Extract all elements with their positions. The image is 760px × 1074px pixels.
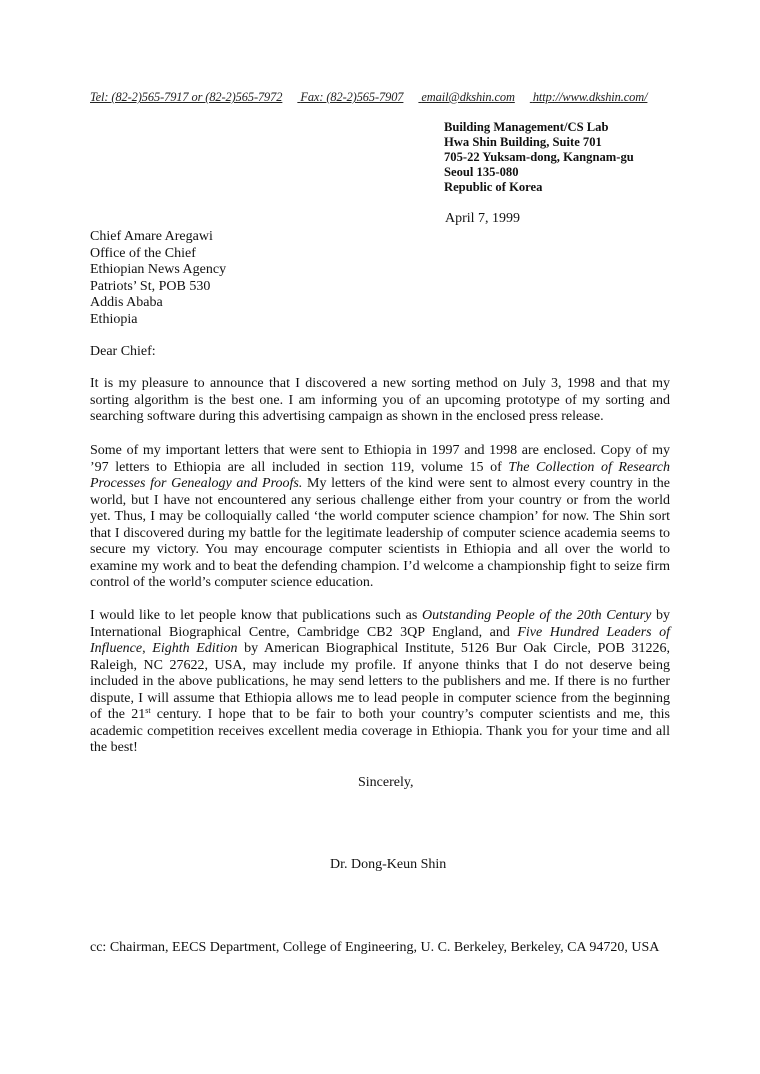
salutation: Dear Chief: — [90, 344, 156, 360]
recipient-address-line: Patriots’ St, POB 530 — [90, 279, 226, 296]
sender-address-line: Hwa Shin Building, Suite 701 — [444, 135, 634, 150]
recipient-address-line: Ethiopia — [90, 312, 226, 329]
letterhead-email[interactable]: email@dkshin.com — [421, 90, 514, 104]
sender-address-line: Seoul 135-080 — [444, 165, 634, 180]
recipient-address-line: Chief Amare Aregawi — [90, 229, 226, 246]
recipient-address: Chief Amare Aregawi Office of the Chief … — [90, 229, 226, 329]
letterhead-fax: Fax: (82-2)565-7907 — [300, 90, 403, 104]
p3-text-d: century. I hope that to be fair to both … — [90, 707, 670, 755]
recipient-address-line: Office of the Chief — [90, 246, 226, 263]
letterhead-contact-line: Tel: (82-2)565-7917 or (82-2)565-7972 Fa… — [90, 90, 662, 105]
letterhead-website[interactable]: http://www.dkshin.com/ — [533, 90, 648, 104]
body-paragraph-1: It is my pleasure to announce that I dis… — [90, 376, 670, 426]
closing: Sincerely, — [358, 775, 413, 791]
sender-address-line: Republic of Korea — [444, 180, 634, 195]
letter-date: April 7, 1999 — [445, 211, 520, 227]
p3-publication-title-1: Outstanding People of the 20th Century — [422, 608, 651, 623]
cc-line: cc: Chairman, EECS Department, College o… — [90, 940, 659, 956]
p2-text-b: My letters of the kind were sent to almo… — [90, 476, 670, 590]
p3-text-a: I would like to let people know that pub… — [90, 608, 422, 623]
sender-address-line: Building Management/CS Lab — [444, 120, 634, 135]
sender-address: Building Management/CS Lab Hwa Shin Buil… — [444, 120, 634, 195]
p3-publication-edition: Eighth Edition — [152, 641, 237, 656]
signature-name: Dr. Dong-Keun Shin — [330, 857, 446, 873]
sender-address-line: 705-22 Yuksam-dong, Kangnam-gu — [444, 150, 634, 165]
recipient-address-line: Ethiopian News Agency — [90, 262, 226, 279]
body-paragraph-3: I would like to let people know that pub… — [90, 608, 670, 757]
recipient-address-line: Addis Ababa — [90, 295, 226, 312]
p3-comma: , — [142, 641, 152, 656]
letterhead-tel: Tel: (82-2)565-7917 or (82-2)565-7972 — [90, 90, 282, 104]
body-paragraph-2: Some of my important letters that were s… — [90, 443, 670, 592]
